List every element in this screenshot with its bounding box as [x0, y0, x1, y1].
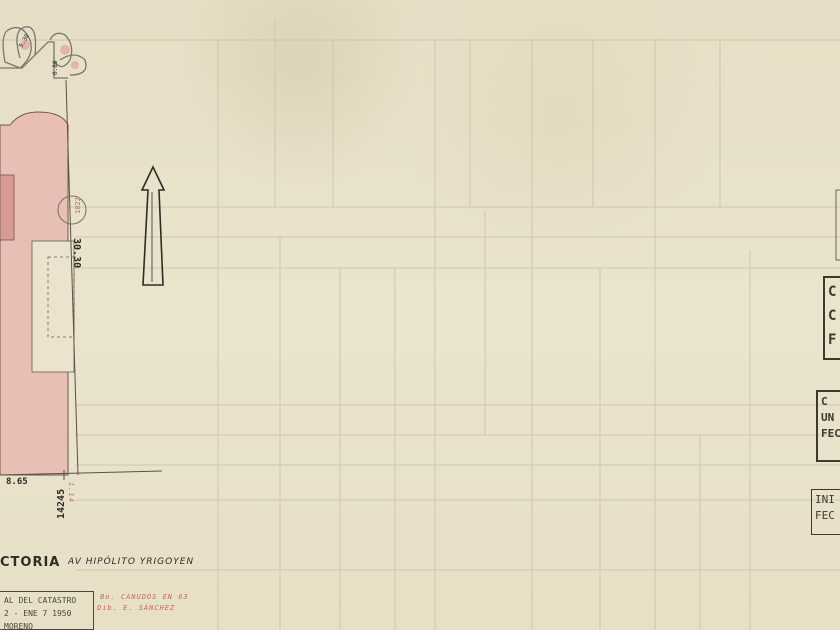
stamp-2: C UN FEC — [816, 390, 840, 462]
plan-drawing: 1022 5.30 0.80 — [0, 0, 840, 630]
catastro-line-2: 2 - ENE 7 1950 — [4, 607, 89, 620]
stamp-1: C C F — [823, 276, 840, 360]
dimension-bottom-left: 8.65 — [6, 477, 28, 487]
north-arrow-icon — [142, 167, 164, 285]
catastro-line-3: MORENO — [4, 620, 89, 630]
catastro-line-1: AL DEL CATASTRO — [4, 594, 89, 607]
grid-lines — [0, 20, 840, 630]
catastro-stamp: AL DEL CATASTRO 2 - ENE 7 1950 MORENO — [0, 591, 94, 630]
dimension-right-edge: 30.30 — [71, 238, 82, 268]
svg-text:0.80: 0.80 — [52, 60, 59, 75]
stamp-3: INI FEC — [811, 489, 840, 535]
corner-loops — [0, 27, 86, 78]
svg-text:1022: 1022 — [74, 197, 82, 214]
street-bottom-label: AV HIPÓLITO YRIGOYEN — [68, 557, 194, 567]
street-left-label: CTORIA — [0, 555, 60, 570]
drafter-note-2: Dib. E. SÁNCHEZ — [97, 603, 175, 614]
drafter-note-1: Bo. CANUDOS EN 63 — [100, 592, 189, 603]
red-small-dimension: 1.14 — [65, 482, 76, 503]
